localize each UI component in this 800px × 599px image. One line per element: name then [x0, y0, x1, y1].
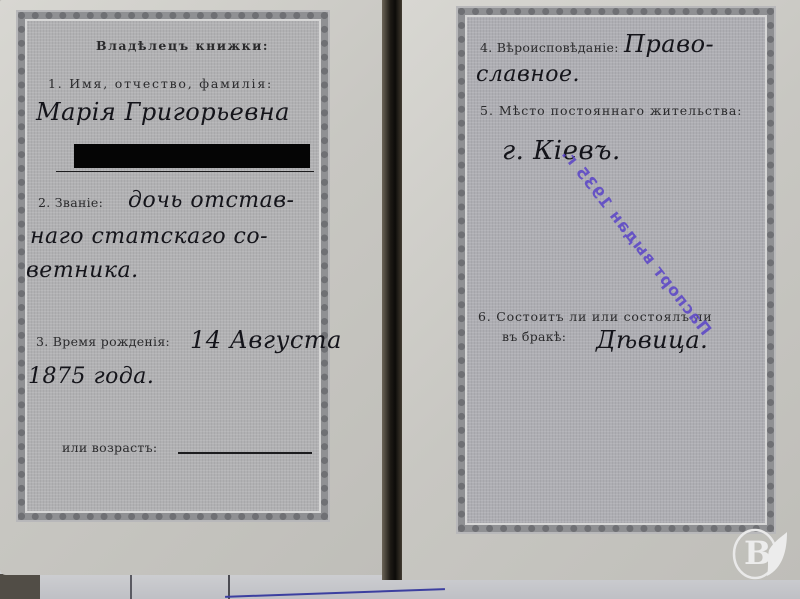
- marital-label-line2: въ бракѣ:: [502, 329, 566, 344]
- left-page: Владѣлецъ книжки: 1. Имя, отчество, фами…: [0, 0, 388, 575]
- watermark-logo: B: [731, 526, 789, 582]
- title-value-line3: ветника.: [26, 258, 139, 283]
- birth-value-line1: 14 Августа: [190, 326, 342, 354]
- religion-value-line2: славное.: [476, 62, 580, 87]
- watermark-letter: B: [744, 534, 771, 572]
- age-label: или возрастъ:: [62, 440, 157, 455]
- marital-label-line1: 6. Состоитъ ли или состоялъ ли: [478, 309, 712, 324]
- birth-value-line2: 1875 года.: [28, 364, 154, 389]
- age-blank-line: [178, 452, 312, 454]
- name-value: Марія Григорьевна: [36, 98, 290, 126]
- residence-label: 5. Мѣсто постояннаго жительства:: [480, 103, 743, 118]
- right-page: 4. Вѣроисповѣданіе: Право- славное. 5. М…: [402, 0, 800, 580]
- ink-line: [225, 588, 445, 598]
- marital-value: Дѣвица.: [596, 326, 708, 354]
- title-label: 2. Званіе:: [38, 195, 103, 210]
- name-label: 1. Имя, отчество, фамилія:: [48, 76, 273, 91]
- title-value-line2: наго статскаго со-: [30, 224, 268, 249]
- dark-corner: [0, 574, 40, 599]
- redaction-bar: [74, 144, 310, 168]
- title-value-line1: дочь отстав-: [128, 188, 295, 213]
- religion-label: 4. Вѣроисповѣданіе:: [480, 40, 619, 55]
- underline: [56, 171, 314, 172]
- birth-label: 3. Время рожденія:: [36, 334, 170, 349]
- owner-heading: Владѣлецъ книжки:: [96, 38, 269, 53]
- religion-value-line1: Право-: [624, 30, 714, 58]
